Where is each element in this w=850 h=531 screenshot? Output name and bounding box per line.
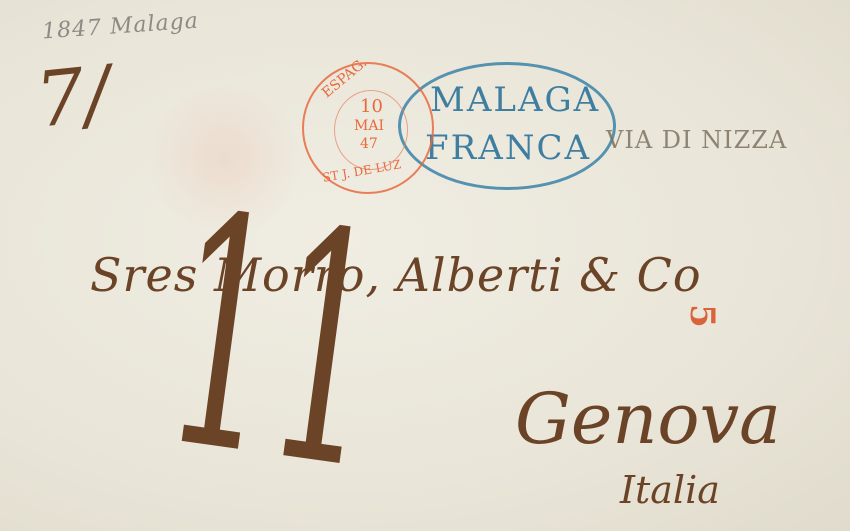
datestamp-year: 47 (360, 136, 378, 152)
address-line3: Italia (620, 468, 720, 512)
address-line2: Genova (515, 378, 781, 460)
postmark-line1: MALAGA (430, 80, 600, 120)
red-rate-mark: 5 (682, 304, 722, 328)
rate-mark: 7/ (32, 48, 115, 144)
address-line1: Sres Morro, Alberti & Co (90, 248, 702, 302)
datestamp-month: MAI (354, 118, 384, 134)
postmark-line2: FRANCA (425, 128, 591, 168)
large-rate-mark: 11 (169, 170, 383, 518)
route-mark: VIA DI NIZZA (606, 126, 787, 154)
pencil-note: 1847 Malaga (41, 9, 199, 45)
datestamp-day: 10 (360, 96, 383, 117)
letter-cover: 1847 Malaga 7/ MALAGA FRANCA ESPAG. 10 M… (0, 0, 850, 531)
